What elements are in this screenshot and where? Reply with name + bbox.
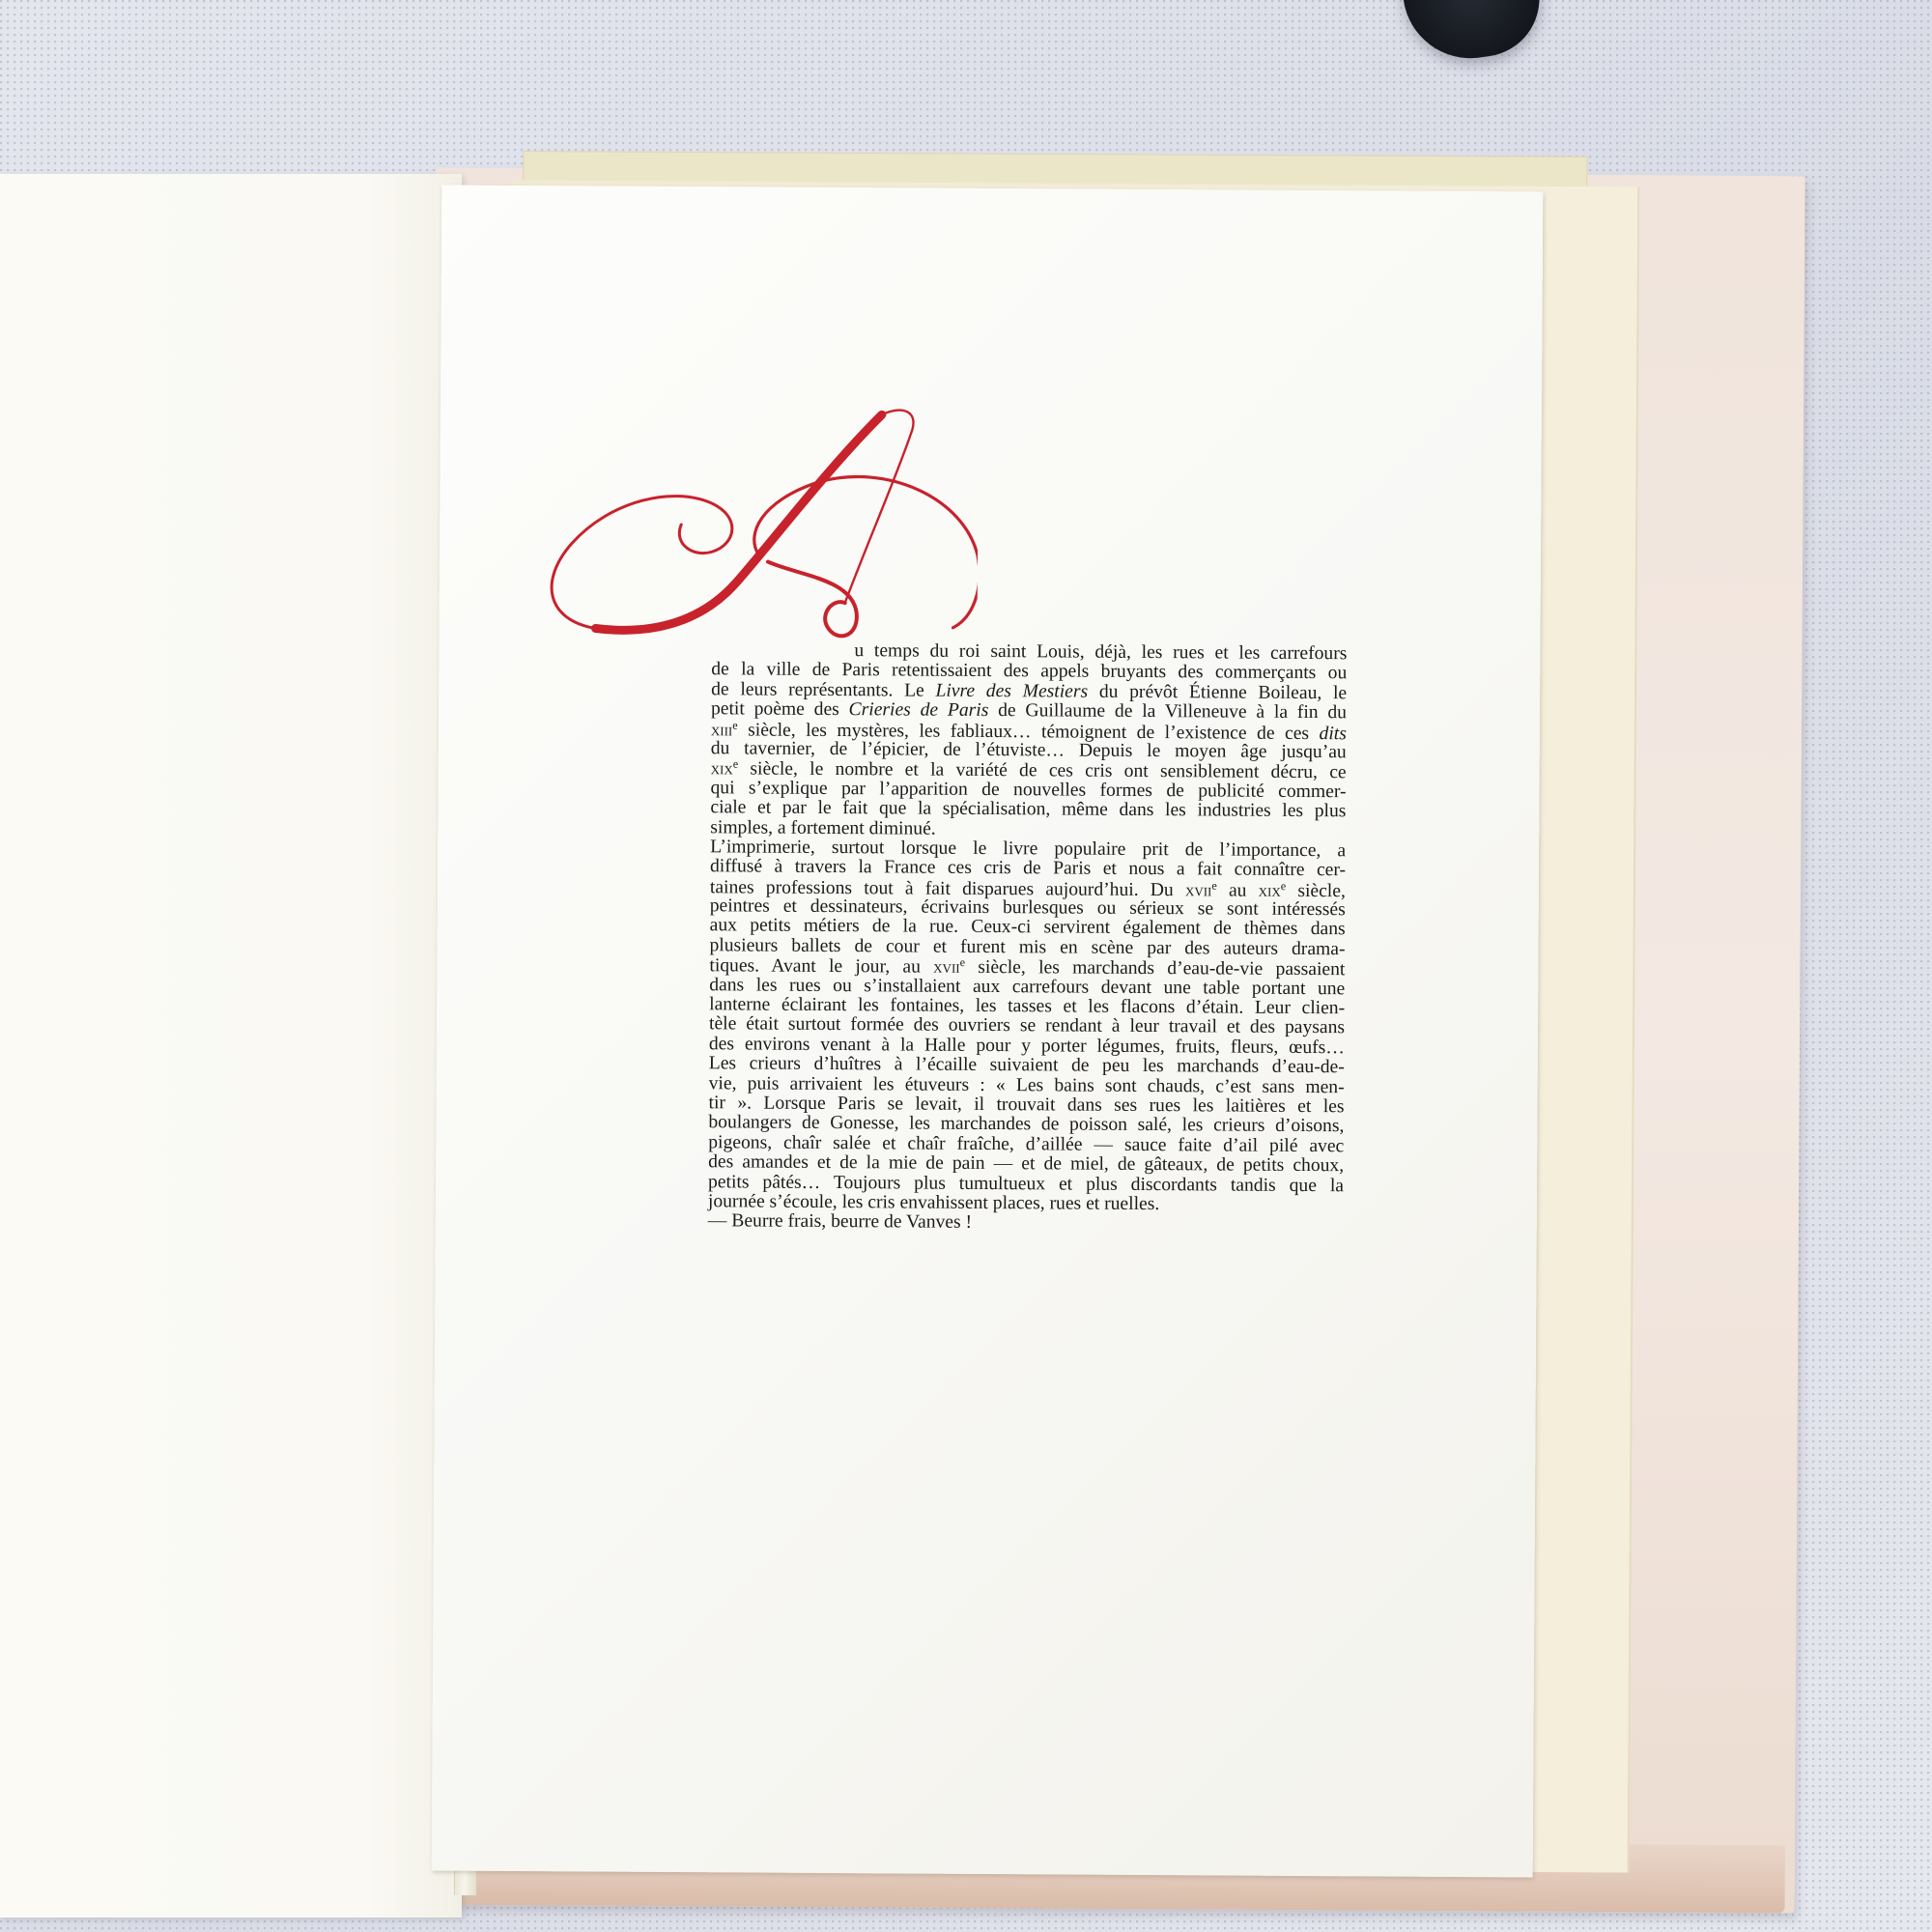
dark-fabric-object [1400,0,1548,67]
body-text: u temps du roi saint Louis, déjà, les ru… [708,640,1348,1236]
dropcap-A-ornament [537,388,979,652]
left-blank-page [0,174,462,1918]
text-line: — Beurre frais, beurre de Vanves ! [708,1212,1344,1236]
right-text-page: u temps du roi saint Louis, déjà, les ru… [432,185,1544,1878]
